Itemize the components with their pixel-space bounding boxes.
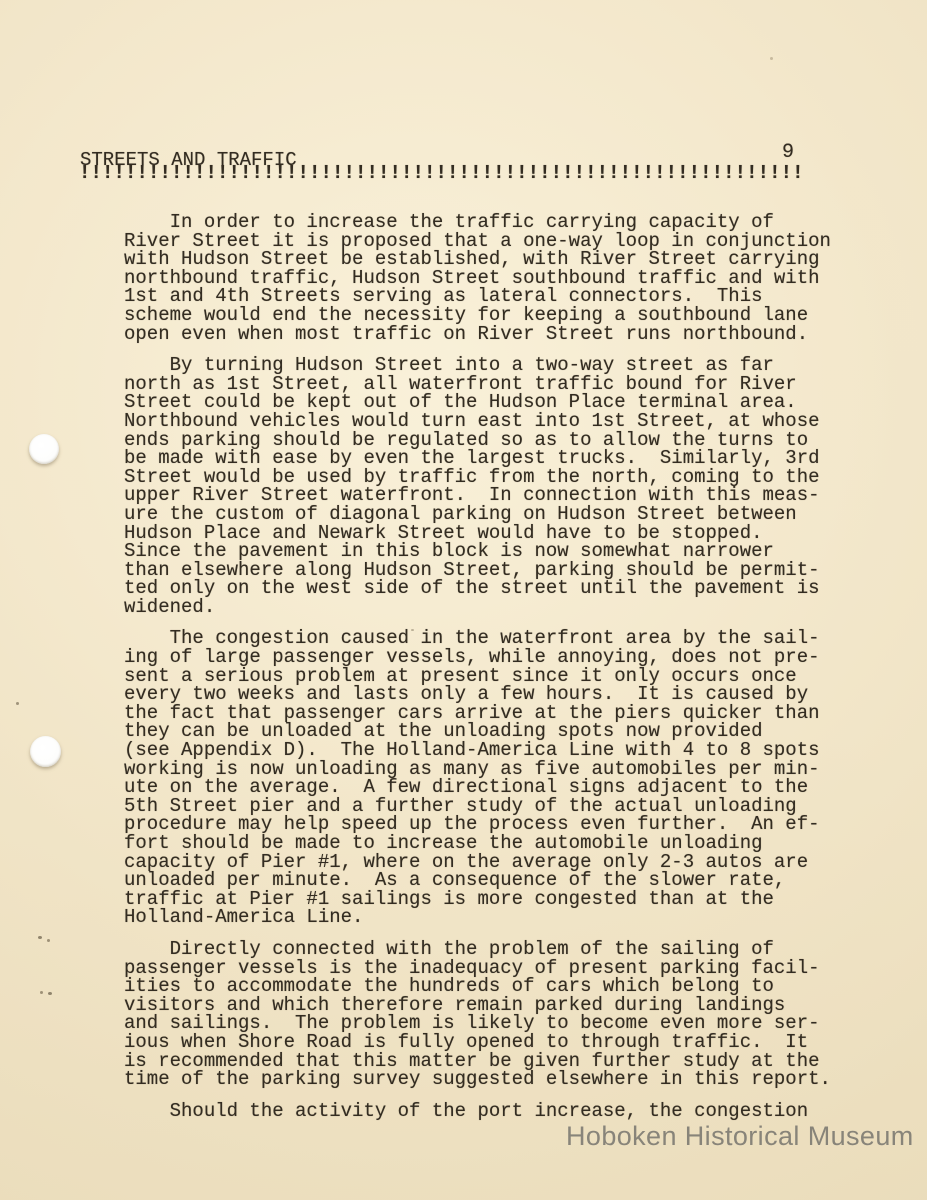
paragraph-4: Directly connected with the problem of t… [124,940,884,1089]
paper-speck [47,939,50,942]
paragraph-1: In order to increase the traffic carryin… [124,213,884,343]
paragraph-2: By turning Hudson Street into a two-way … [124,356,884,616]
hole-punch-bottom [30,736,61,767]
paper-speck [16,702,19,705]
paragraph-5: Should the activity of the port increase… [124,1102,884,1121]
watermark-label: Hoboken Historical Museum [566,1121,914,1152]
typed-rule-marks: !!!!!!!!!!!!!!!!!!!!!!!!!!!!!!!!!!!!!!!!… [79,162,804,184]
paper-speck [411,629,414,631]
paper-speck [38,936,42,939]
hole-punch-top [29,434,59,464]
page-number: 9 [782,141,794,164]
paper-speck [770,57,773,60]
body-text: In order to increase the traffic carryin… [124,213,884,1120]
paragraph-3: The congestion caused in the waterfront … [124,629,884,927]
document-page: STREETS AND TRAFFIC 9 !!!!!!!!!!!!!!!!!!… [0,0,927,1200]
paper-speck [48,992,52,995]
paper-speck [40,991,43,994]
